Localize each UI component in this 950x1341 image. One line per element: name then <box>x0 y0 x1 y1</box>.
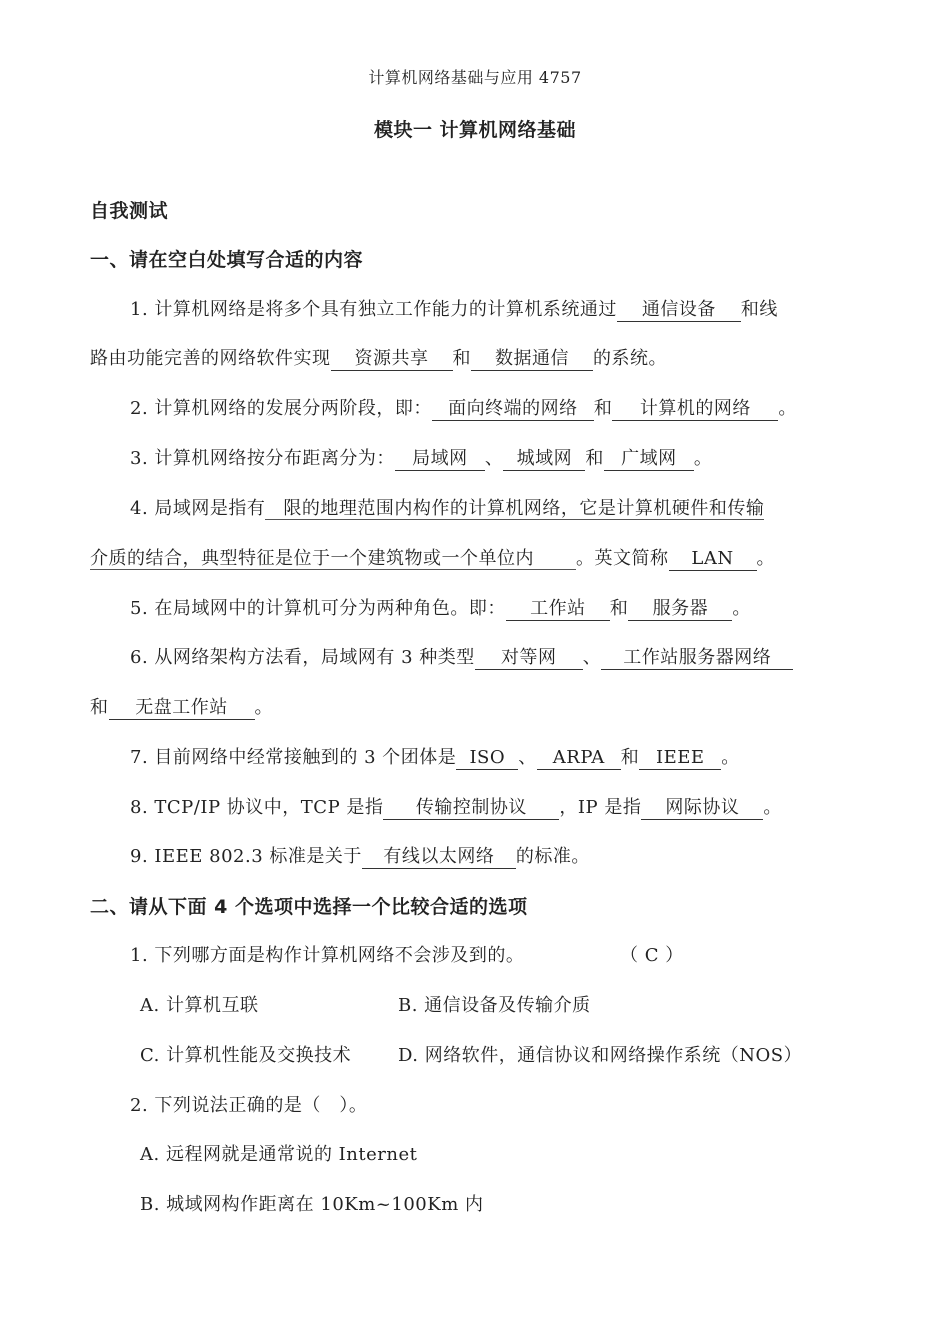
q4-mid: 。英文简称 <box>576 548 669 569</box>
q4-blank-abbr[interactable]: LAN <box>669 548 757 571</box>
mc1-option-a[interactable]: A. 计算机互联 <box>140 994 258 1018</box>
q1-line2-prefix: 路由功能完善的网络软件实现 <box>90 348 331 369</box>
fill-question-6-line2: 和无盘工作站。 <box>90 696 273 720</box>
q5-blank-1[interactable]: 工作站 <box>506 598 610 621</box>
q3-blank-3[interactable]: 广域网 <box>604 448 694 471</box>
q3-suffix: 。 <box>694 448 713 469</box>
q7-suffix: 。 <box>721 747 740 768</box>
q8-prefix: 8. TCP/IP 协议中，TCP 是指 <box>130 797 383 818</box>
q3-mid: 和 <box>585 448 604 469</box>
q1-suffix: 和线 <box>741 299 778 320</box>
fill-question-5: 5. 在局域网中的计算机可分为两种角色。即：工作站和服务器。 <box>130 597 751 621</box>
fill-question-7: 7. 目前网络中经常接触到的 3 个团体是ISO、ARPA和IEEE。 <box>130 746 740 770</box>
fill-question-2: 2. 计算机网络的发展分两阶段，即：面向终端的网络和计算机的网络。 <box>130 397 797 421</box>
q4-blank-part2[interactable]: 介质的结合，典型特征是位于一个建筑物或一个单位内 <box>90 548 576 570</box>
mc1-answer[interactable]: （ C ） <box>620 944 684 968</box>
q5-suffix: 。 <box>732 598 751 619</box>
q2-suffix: 。 <box>778 398 797 419</box>
q5-blank-2[interactable]: 服务器 <box>628 598 732 621</box>
q3-sep: 、 <box>485 448 504 469</box>
q8-blank-1[interactable]: 传输控制协议 <box>383 797 559 820</box>
q6-suffix: 。 <box>255 697 274 718</box>
module-title: 模块一 计算机网络基础 <box>0 118 950 142</box>
fill-question-4-line1: 4. 局域网是指有限的地理范围内构作的计算机网络，它是计算机硬件和传输 <box>130 497 764 521</box>
q2-blank-2[interactable]: 计算机的网络 <box>612 398 778 421</box>
q5-mid: 和 <box>610 598 629 619</box>
q1-line2-suffix: 的系统。 <box>593 348 667 369</box>
q6-blank-3[interactable]: 无盘工作站 <box>109 697 255 720</box>
fill-question-4-line2: 介质的结合，典型特征是位于一个建筑物或一个单位内。英文简称LAN。 <box>90 547 775 571</box>
fill-question-6-line1: 6. 从网络架构方法看，局域网有 3 种类型对等网、工作站服务器网络 <box>130 646 793 670</box>
q9-suffix: 的标准。 <box>516 846 590 867</box>
q9-blank-1[interactable]: 有线以太网络 <box>362 846 516 869</box>
mc1-option-b[interactable]: B. 通信设备及传输介质 <box>398 994 591 1018</box>
q1-blank-1[interactable]: 通信设备 <box>617 299 741 322</box>
mc1-option-d[interactable]: D. 网络软件，通信协议和网络操作系统（NOS） <box>398 1044 802 1068</box>
q7-blank-1[interactable]: ISO <box>456 747 518 770</box>
part1-heading: 一、请在空白处填写合适的内容 <box>90 248 363 272</box>
q9-prefix: 9. IEEE 802.3 标准是关于 <box>130 846 362 867</box>
mc1-option-c[interactable]: C. 计算机性能及交换技术 <box>140 1044 351 1068</box>
q4-prefix: 4. 局域网是指有 <box>130 498 265 519</box>
q7-blank-2[interactable]: ARPA <box>537 747 621 770</box>
mc2-option-b[interactable]: B. 城域网构作距离在 10Km~100Km 内 <box>140 1193 484 1217</box>
q8-mid: ，IP 是指 <box>559 797 641 818</box>
document-title: 计算机网络基础与应用 4757 <box>0 66 950 90</box>
mc2-stem: 2. 下列说法正确的是（ ）。 <box>130 1095 367 1116</box>
q3-blank-2[interactable]: 城域网 <box>503 448 585 471</box>
q2-mid: 和 <box>594 398 613 419</box>
q7-sep: 、 <box>518 747 537 768</box>
q6-sep: 、 <box>583 647 602 668</box>
q2-blank-1[interactable]: 面向终端的网络 <box>432 398 594 421</box>
q4-suffix: 。 <box>757 548 776 569</box>
q3-prefix: 3. 计算机网络按分布距离分为： <box>130 448 395 469</box>
q7-prefix: 7. 目前网络中经常接触到的 3 个团体是 <box>130 747 456 768</box>
q8-blank-2[interactable]: 网际协议 <box>641 797 763 820</box>
q6-blank-1[interactable]: 对等网 <box>475 647 583 670</box>
fill-question-9: 9. IEEE 802.3 标准是关于有线以太网络的标准。 <box>130 845 590 869</box>
q7-mid: 和 <box>621 747 640 768</box>
q5-prefix: 5. 在局域网中的计算机可分为两种角色。即： <box>130 598 506 619</box>
q1-blank-3[interactable]: 数据通信 <box>471 348 593 371</box>
q6-line2-prefix: 和 <box>90 697 109 718</box>
choice-question-1: 1. 下列哪方面是构作计算机网络不会涉及到的。 <box>130 944 524 968</box>
q3-blank-1[interactable]: 局域网 <box>395 448 485 471</box>
mc2-option-a[interactable]: A. 远程网就是通常说的 Internet <box>140 1143 417 1167</box>
q6-prefix: 6. 从网络架构方法看，局域网有 3 种类型 <box>130 647 475 668</box>
fill-question-8: 8. TCP/IP 协议中，TCP 是指传输控制协议，IP 是指网际协议。 <box>130 796 782 820</box>
q1-prefix: 1. 计算机网络是将多个具有独立工作能力的计算机系统通过 <box>130 299 617 320</box>
choice-question-2: 2. 下列说法正确的是（ ）。 <box>130 1094 367 1118</box>
fill-question-1-line1: 1. 计算机网络是将多个具有独立工作能力的计算机系统通过通信设备和线 <box>130 298 778 322</box>
q4-blank-part1[interactable]: 限的地理范围内构作的计算机网络，它是计算机硬件和传输 <box>265 498 764 520</box>
q7-blank-3[interactable]: IEEE <box>639 747 721 770</box>
fill-question-1-line2: 路由功能完善的网络软件实现资源共享和数据通信的系统。 <box>90 347 667 371</box>
mc1-stem: 1. 下列哪方面是构作计算机网络不会涉及到的。 <box>130 945 524 966</box>
document-page: 计算机网络基础与应用 4757 模块一 计算机网络基础 自我测试 一、请在空白处… <box>0 0 950 1341</box>
section-label: 自我测试 <box>90 199 168 223</box>
part2-heading: 二、请从下面 4 个选项中选择一个比较合适的选项 <box>90 895 527 919</box>
q1-blank-2[interactable]: 资源共享 <box>331 348 453 371</box>
q1-mid: 和 <box>453 348 472 369</box>
q8-suffix: 。 <box>763 797 782 818</box>
q6-blank-2[interactable]: 工作站服务器网络 <box>601 647 793 670</box>
fill-question-3: 3. 计算机网络按分布距离分为：局域网、城域网和广域网。 <box>130 447 712 471</box>
q2-prefix: 2. 计算机网络的发展分两阶段，即： <box>130 398 432 419</box>
